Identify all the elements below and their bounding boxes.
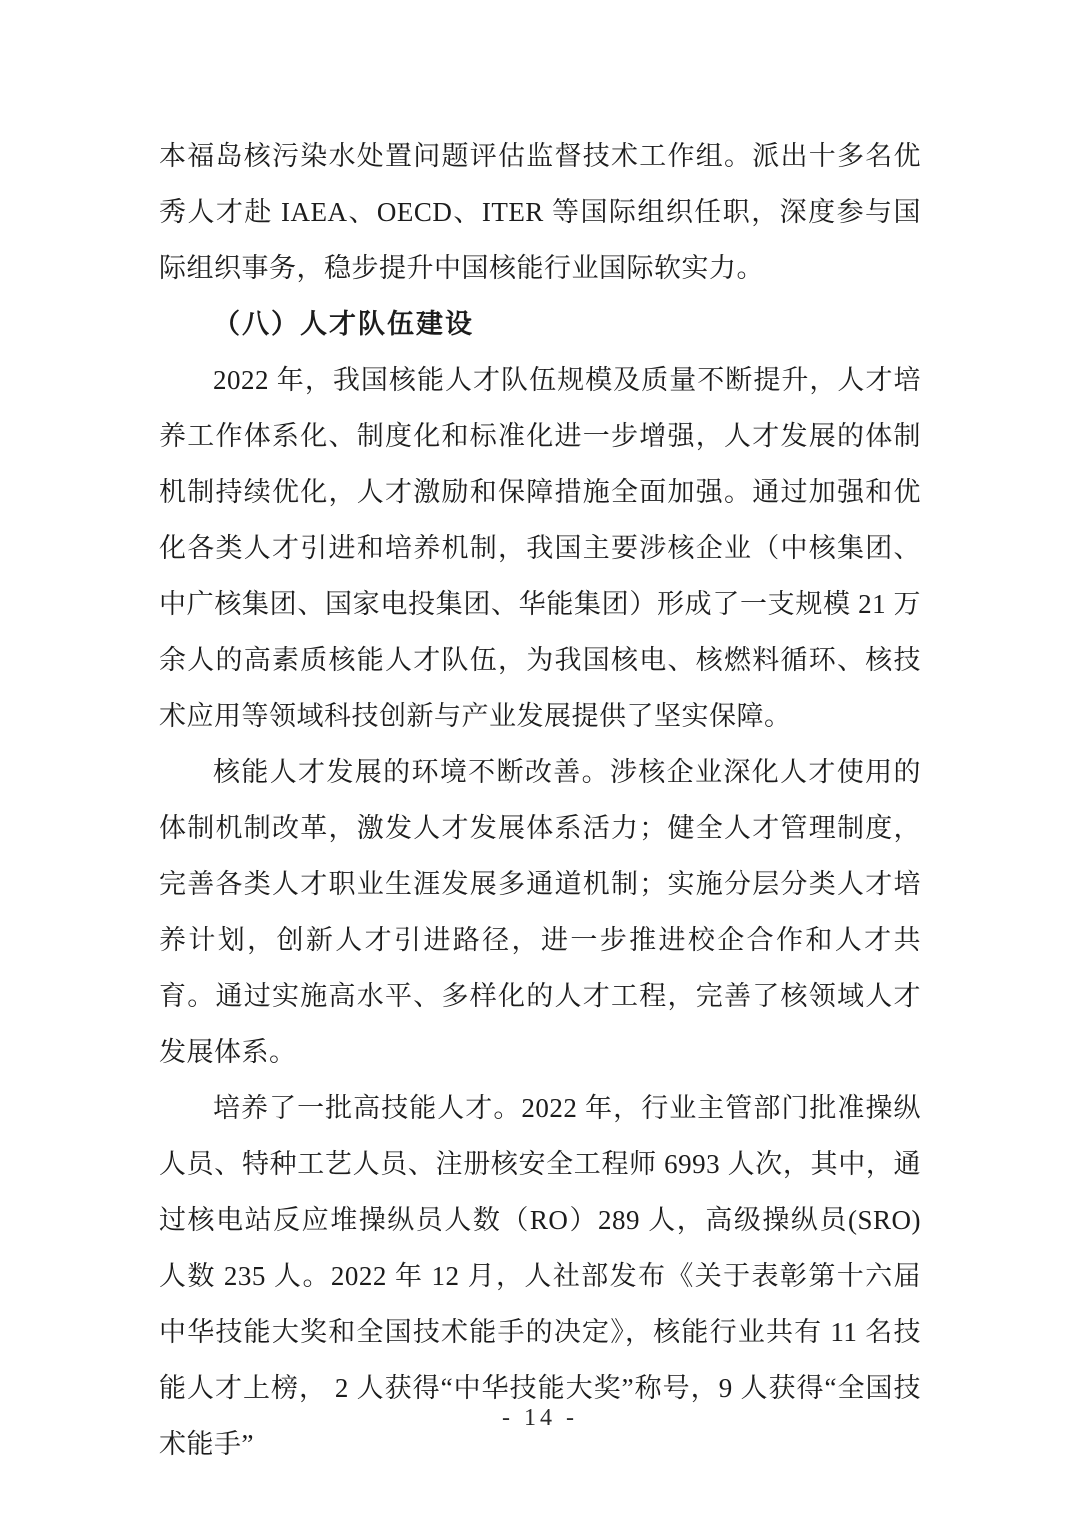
text-block: 本福岛核污染水处置问题评估监督技术工作组。派出十多名优秀人才赴 IAEA、OEC… (159, 128, 921, 1472)
page-number: - 14 - (0, 1398, 1080, 1438)
paragraph-talent-scale: 2022 年，我国核能人才队伍规模及质量不断提升，人才培养工作体系化、制度化和标… (159, 352, 921, 744)
paragraph-continuation: 本福岛核污染水处置问题评估监督技术工作组。派出十多名优秀人才赴 IAEA、OEC… (159, 128, 921, 296)
section-heading: （八）人才队伍建设 (159, 296, 921, 352)
document-page: 本福岛核污染水处置问题评估监督技术工作组。派出十多名优秀人才赴 IAEA、OEC… (0, 0, 1080, 1527)
paragraph-talent-environment: 核能人才发展的环境不断改善。涉核企业深化人才使用的体制机制改革，激发人才发展体系… (159, 744, 921, 1080)
